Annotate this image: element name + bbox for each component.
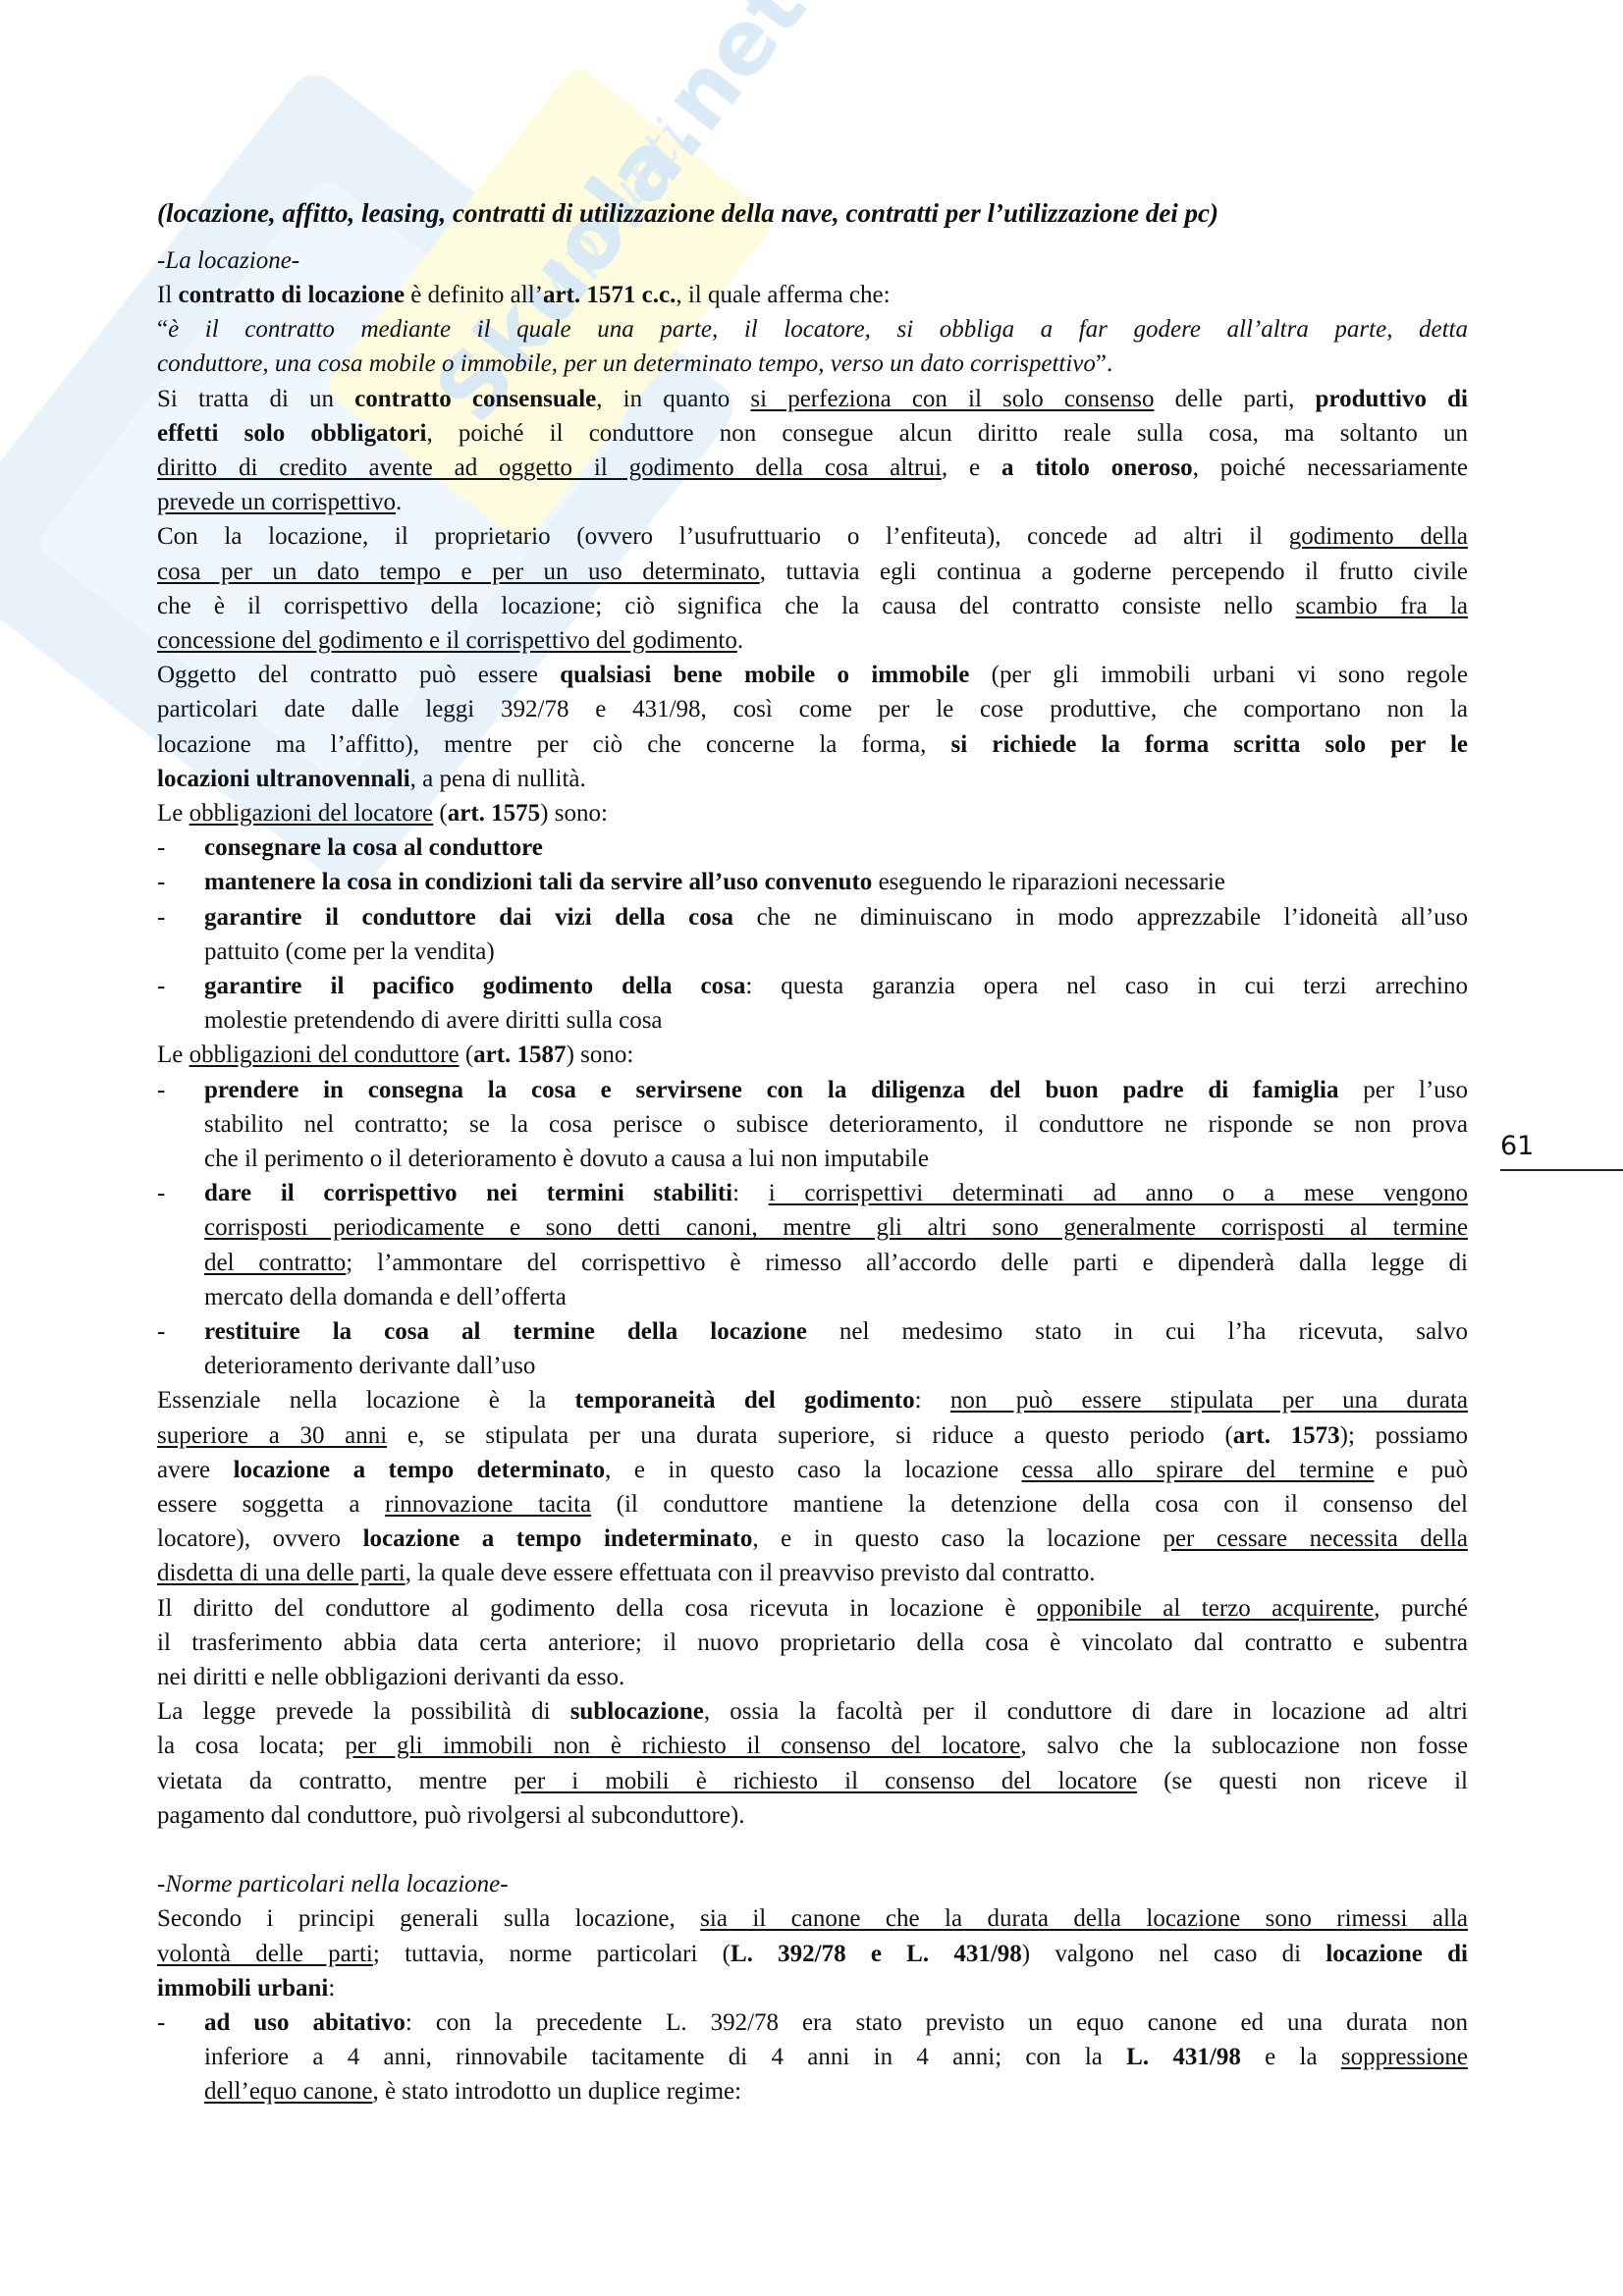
text-run: e, se stipulata per una durata superiore… (387, 1422, 1233, 1449)
text-run: ( (433, 800, 448, 827)
text-run: e la (1241, 2044, 1341, 2070)
text-run: Secondo i principi generali sulla locazi… (157, 1905, 700, 1932)
text-line: Le obbligazioni del conduttore (art. 158… (157, 1038, 1468, 1072)
underlined-text: sia il canone che la durata della locazi… (700, 1905, 1468, 1932)
text-run: , il quale afferma che: (676, 282, 890, 308)
bold-text: contratto consensuale (354, 386, 596, 412)
text-run: Le (157, 1041, 189, 1068)
text-run: , in quanto (596, 386, 750, 412)
bold-text: a titolo oneroso (1001, 454, 1193, 481)
underlined-text: opponibile al terzo acquirente (1037, 1595, 1374, 1622)
text-line: locazioni ultranovennali, a pena di null… (157, 762, 1468, 796)
text-run: Oggetto del contratto può essere (157, 662, 560, 688)
bold-text: qualsiasi bene mobile o immobile (560, 662, 969, 688)
list-bullet: - (157, 1073, 165, 1107)
text-run: la cosa locata; (157, 1733, 345, 1759)
text-line: essere soggetta a rinnovazione tacita (i… (157, 1487, 1468, 1522)
text-run: Il (157, 282, 179, 308)
text-run: , poiché necessariamente (1193, 454, 1468, 481)
underlined-text: i corrispettivi determinati ad anno o a … (769, 1180, 1468, 1206)
document-page: Skuola.net appunti (locazione, affitto, … (0, 0, 1623, 2296)
text-run: ); possiamo (1340, 1422, 1468, 1449)
text-run: pagamento dal conduttore, può rivolgersi… (157, 1802, 744, 1829)
underlined-text: superiore a 30 anni (157, 1422, 387, 1449)
list-item-line: mantenere la cosa in condizioni tali da … (204, 865, 1468, 899)
bold-text: locazioni ultranovennali (157, 766, 410, 792)
underlined-text: si perfeziona con il solo consenso (750, 386, 1154, 412)
list-item-line: restituire la cosa al termine della loca… (204, 1314, 1468, 1349)
text-run: , salvo che la sublocazione non fosse (1020, 1733, 1468, 1759)
bold-text: art. 1575 (448, 800, 540, 827)
text-line: mercato della domanda e dell’offerta (204, 1280, 1468, 1314)
italic-text: è il contratto mediante il quale una par… (168, 316, 1468, 343)
underlined-text: cosa per un dato tempo e per un uso dete… (157, 559, 760, 585)
section-heading: (locazione, affitto, leasing, contratti … (157, 196, 1468, 231)
text-run: , e in questo caso la locazione (752, 1525, 1163, 1552)
text-line: inferiore a 4 anni, rinnovabile tacitame… (204, 2040, 1468, 2074)
text-line: volontà delle parti; tuttavia, norme par… (157, 1937, 1468, 1971)
text-run: . (737, 627, 743, 654)
text-line: Oggetto del contratto può essere qualsia… (157, 658, 1468, 692)
text-run: : (328, 1975, 335, 2002)
text-run: ”. (1096, 350, 1112, 377)
text-line: che il perimento o il deterioramento è d… (204, 1142, 1468, 1176)
text-run: Essenziale nella locazione è la (157, 1387, 575, 1414)
underlined-text: volontà delle parti (157, 1941, 373, 1967)
page-number-rule (1500, 1169, 1623, 1171)
text-line: Essenziale nella locazione è la temporan… (157, 1383, 1468, 1417)
text-run: che il perimento o il deterioramento è d… (204, 1146, 929, 1172)
text-run: nei diritti e nelle obbligazioni derivan… (157, 1664, 624, 1690)
text-run: La legge prevede la possibilità di (157, 1698, 570, 1725)
text-line: immobili urbani: (157, 1971, 1468, 2005)
text-run: Con la locazione, il proprietario (ovver… (157, 523, 1289, 550)
list-bullet: - (157, 865, 165, 899)
underlined-text: per gli immobili non è richiesto il cons… (345, 1733, 1020, 1759)
text-run: e può (1374, 1457, 1467, 1483)
bold-text: sublocazione (570, 1698, 704, 1725)
text-run: stabilito nel contratto; se la cosa peri… (204, 1111, 1468, 1138)
text-run: : questa garanzia opera nel caso in cui … (745, 973, 1468, 999)
text-run: : con la precedente L. 392/78 era stato … (406, 2009, 1468, 2036)
text-run: ) valgono nel caso di (1022, 1941, 1326, 1967)
text-run: : (915, 1387, 950, 1414)
list-item-line: garantire il conduttore dai vizi della c… (204, 900, 1468, 934)
list-bullet: - (157, 969, 165, 1003)
bold-text: L. 431/98 (1126, 2044, 1241, 2070)
list-bullet: - (157, 830, 165, 865)
italic-text: -Norme particolari nella locazione- (157, 1871, 509, 1897)
text-run: eseguendo le riparazioni necessarie (872, 869, 1225, 895)
bold-text: art. 1573 (1233, 1422, 1340, 1449)
text-run: , e (942, 454, 1001, 481)
underlined-text: diritto di credito avente ad oggetto il … (157, 454, 942, 481)
bold-text: L. 392/78 e L. 431/98 (730, 1941, 1022, 1967)
list-bullet: - (157, 1314, 165, 1349)
underlined-text: godimento della (1289, 523, 1468, 550)
text-line: diritto di credito avente ad oggetto il … (157, 451, 1468, 485)
bold-text: si richiede la forma scritta solo per le (951, 731, 1469, 758)
text-run: inferiore a 4 anni, rinnovabile tacitame… (204, 2044, 1126, 2070)
text-line: “è il contratto mediante il quale una pa… (157, 312, 1468, 347)
list-item-line: dare il corrispettivo nei termini stabil… (204, 1176, 1468, 1210)
bold-text: art. 1587 (473, 1041, 566, 1068)
bold-text: locazione a tempo indeterminato (363, 1525, 753, 1552)
text-run: , a pena di nullità. (410, 766, 586, 792)
bold-text: temporaneità del godimento (575, 1387, 915, 1414)
text-line: prevede un corrispettivo. (157, 485, 1468, 519)
bold-text: garantire il pacifico godimento della co… (204, 973, 745, 999)
underlined-text: soppressione (1341, 2044, 1468, 2070)
bold-text: locazione a tempo determinato (234, 1457, 606, 1483)
text-run: è definito all’ (405, 282, 543, 308)
text-run: deterioramento derivante dall’uso (204, 1353, 535, 1379)
list-bullet: - (157, 900, 165, 934)
text-line: locazione ma l’affitto), mentre per ciò … (157, 727, 1468, 762)
underlined-text: dell’equo canone (204, 2078, 372, 2105)
text-line: nei diritti e nelle obbligazioni derivan… (157, 1660, 1468, 1694)
underlined-text: per cessare necessita della (1163, 1525, 1468, 1552)
text-line: avere locazione a tempo determinato, e i… (157, 1453, 1468, 1487)
text-run: essere soggetta a (157, 1491, 385, 1518)
underlined-text: obbligazioni del locatore (189, 800, 434, 827)
text-run: per l’uso (1338, 1077, 1468, 1103)
text-run: ) sono: (567, 1041, 634, 1068)
text-line: pattuito (come per la vendita) (204, 934, 1468, 969)
bold-text: immobili urbani (157, 1975, 328, 2002)
text-line: conduttore, una cosa mobile o immobile, … (157, 347, 1468, 381)
text-line: che è il corrispettivo della locazione; … (157, 589, 1468, 623)
text-line: pagamento dal conduttore, può rivolgersi… (157, 1798, 1468, 1833)
underlined-text: del contratto (204, 1250, 346, 1276)
text-run: : (732, 1180, 769, 1206)
bold-text: art. 1571 c.c. (543, 282, 676, 308)
text-run: che ne diminuiscano in modo apprezzabile… (733, 904, 1468, 931)
text-run: vietata da contratto, mentre (157, 1768, 514, 1794)
underlined-text: non può essere stipulata per una durata (950, 1387, 1468, 1414)
underlined-text: per i mobili è richiesto il consenso del… (514, 1768, 1137, 1794)
bold-text: effetti solo obbligatori (157, 420, 426, 447)
text-run: mercato della domanda e dell’offerta (204, 1284, 567, 1310)
text-line: cosa per un dato tempo e per un uso dete… (157, 555, 1468, 589)
text-line: effetti solo obbligatori, poiché il cond… (157, 416, 1468, 451)
text-line: Con la locazione, il proprietario (ovver… (157, 519, 1468, 554)
text-run: , tuttavia egli continua a goderne perce… (760, 559, 1468, 585)
underlined-text: scambio fra la (1296, 593, 1468, 619)
bold-text: restituire la cosa al termine della loca… (204, 1318, 807, 1345)
text-line: Si tratta di un contratto consensuale, i… (157, 382, 1468, 416)
text-line: -La locazione- (157, 243, 1468, 278)
text-run: ; l’ammontare del corrispettivo è rimess… (346, 1250, 1468, 1276)
underlined-text: corrisposti periodicamente e sono detti … (204, 1214, 1468, 1241)
text-run: Si tratta di un (157, 386, 354, 412)
list-item-line: prendere in consegna la cosa e servirsen… (204, 1073, 1468, 1107)
list-bullet: - (157, 2005, 165, 2040)
text-run: delle parti, (1155, 386, 1316, 412)
text-run: “ (157, 316, 168, 343)
underlined-text: prevede un corrispettivo (157, 489, 396, 515)
text-line: La legge prevede la possibilità di sublo… (157, 1694, 1468, 1729)
text-line: la cosa locata; per gli immobili non è r… (157, 1729, 1468, 1763)
text-run: Le (157, 800, 189, 827)
text-run: , la quale deve essere effettuata con il… (406, 1560, 1096, 1586)
text-line: molestie pretendendo di avere diritti su… (204, 1003, 1468, 1038)
list-item-line: consegnare la cosa al conduttore (204, 830, 1468, 865)
text-line: Secondo i principi generali sulla locazi… (157, 1901, 1468, 1936)
text-run: (il conduttore mantiene la detenzione de… (591, 1491, 1468, 1518)
text-line: superiore a 30 anni e, se stipulata per … (157, 1418, 1468, 1453)
italic-text: conduttore, una cosa mobile o immobile, … (157, 350, 1096, 377)
text-run: Il diritto del conduttore al godimento d… (157, 1595, 1037, 1622)
underlined-text: concessione del godimento e il corrispet… (157, 627, 737, 654)
text-run: avere (157, 1457, 234, 1483)
text-line: corrisposti periodicamente e sono detti … (204, 1210, 1468, 1245)
text-line: Il contratto di locazione è definito all… (157, 278, 1468, 312)
text-run: . (396, 489, 402, 515)
text-run: , ossia la facoltà per il conduttore di … (704, 1698, 1468, 1725)
text-run: ) sono: (540, 800, 608, 827)
bold-text: prendere in consegna la cosa e servirsen… (204, 1077, 1338, 1103)
text-run: locazione ma l’affitto), mentre per ciò … (157, 731, 951, 758)
bold-text: ad uso abitativo (204, 2009, 406, 2036)
text-run: il trasferimento abbia data certa anteri… (157, 1629, 1468, 1656)
text-run: , poiché il conduttore non consegue alcu… (426, 420, 1468, 447)
text-line: Le obbligazioni del locatore (art. 1575)… (157, 796, 1468, 830)
bold-text: mantenere la cosa in condizioni tali da … (204, 869, 872, 895)
text-line: deterioramento derivante dall’uso (204, 1349, 1468, 1383)
underlined-text: obbligazioni del conduttore (189, 1041, 460, 1068)
text-run: ; tuttavia, norme particolari ( (373, 1941, 730, 1967)
underlined-text: rinnovazione tacita (385, 1491, 591, 1518)
text-line: disdetta di una delle parti, la quale de… (157, 1556, 1468, 1590)
text-run: , e in questo caso la locazione (605, 1457, 1021, 1483)
text-line: concessione del godimento e il corrispet… (157, 623, 1468, 658)
text-line: del contratto; l’ammontare del corrispet… (204, 1246, 1468, 1280)
text-run: pattuito (come per la vendita) (204, 938, 495, 965)
bold-text: locazione di (1325, 1941, 1468, 1967)
text-run: particolari date dalle leggi 392/78 e 43… (157, 696, 1468, 722)
bold-text: produttivo di (1316, 386, 1468, 412)
text-line: locatore), ovvero locazione a tempo inde… (157, 1522, 1468, 1556)
list-bullet: - (157, 1176, 165, 1210)
text-line: -Norme particolari nella locazione- (157, 1867, 1468, 1901)
text-run: che è il corrispettivo della locazione; … (157, 593, 1296, 619)
text-line: stabilito nel contratto; se la cosa peri… (204, 1107, 1468, 1142)
text-run: (per gli immobili urbani vi sono regole (969, 662, 1468, 688)
text-run: nel medesimo stato in cui l’ha ricevuta,… (807, 1318, 1468, 1345)
text-line: dell’equo canone, è stato introdotto un … (204, 2074, 1468, 2109)
bold-text: contratto di locazione (179, 282, 406, 308)
italic-text: -La locazione- (157, 247, 299, 274)
text-run: locatore), ovvero (157, 1525, 363, 1552)
text-line: il trasferimento abbia data certa anteri… (157, 1626, 1468, 1660)
text-run: (se questi non riceve il (1137, 1768, 1468, 1794)
text-line: Il diritto del conduttore al godimento d… (157, 1591, 1468, 1626)
text-run: , purché (1374, 1595, 1468, 1622)
bold-text: consegnare la cosa al conduttore (204, 834, 543, 861)
bold-text: garantire il conduttore dai vizi della c… (204, 904, 733, 931)
text-run: molestie pretendendo di avere diritti su… (204, 1007, 663, 1034)
list-item-line: garantire il pacifico godimento della co… (204, 969, 1468, 1003)
bold-text: dare il corrispettivo nei termini stabil… (204, 1180, 732, 1206)
text-line: particolari date dalle leggi 392/78 e 43… (157, 692, 1468, 726)
page-number: 61 (1500, 1131, 1534, 1161)
text-run: , è stato introdotto un duplice regime: (372, 2078, 741, 2105)
underlined-text: cessa allo spirare del termine (1022, 1457, 1375, 1483)
text-run: ( (460, 1041, 474, 1068)
text-line: vietata da contratto, mentre per i mobil… (157, 1764, 1468, 1798)
underlined-text: disdetta di una delle parti (157, 1560, 406, 1586)
list-item-line: ad uso abitativo: con la precedente L. 3… (204, 2005, 1468, 2040)
